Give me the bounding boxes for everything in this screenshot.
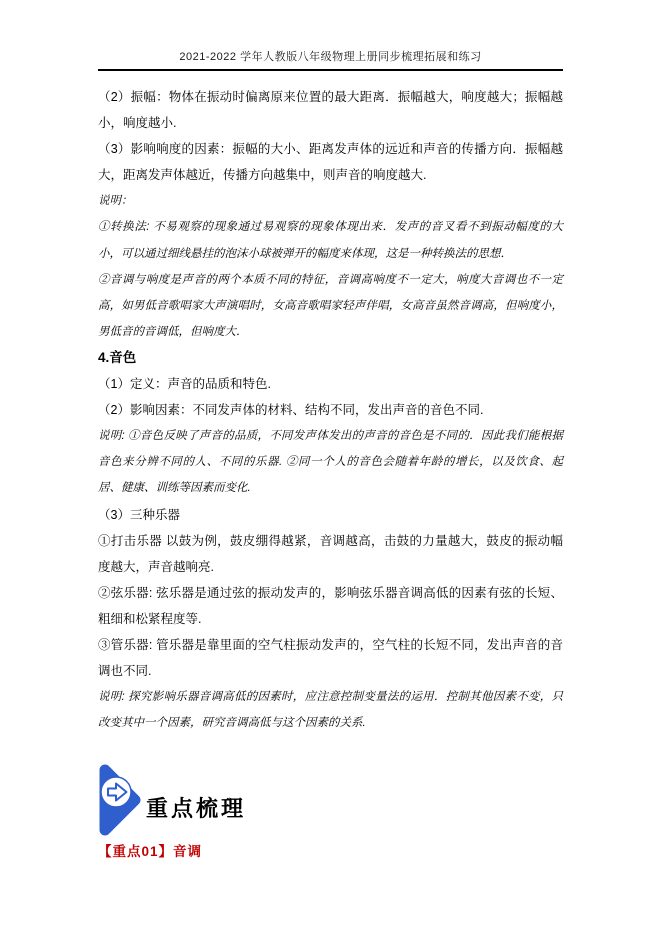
paragraph: （1）定义：声音的品质和特色.	[98, 371, 563, 397]
highlight-heading: 【重点01】音调	[98, 840, 202, 860]
document-page: 2021-2022 学年人教版八年级物理上册同步梳理拓展和练习 （2）振幅：物体…	[0, 0, 661, 935]
note-paragraph: ①转换法: 不易观察的现象通过易观察的现象体现出来．发声的音叉看不到振动幅度的大…	[98, 214, 563, 266]
paragraph: （2）影响因素：不同发声体的材料、结构不同，发出声音的音色不同.	[98, 397, 563, 423]
paragraph: （2）振幅：物体在振动时偏离原来位置的最大距离．振幅越大，响度越大；振幅越小，响…	[98, 84, 563, 136]
section-heading: 4.音色	[98, 345, 563, 371]
paragraph: ①打击乐器 以鼓为例，鼓皮绷得越紧，音调越高，击鼓的力量越大，鼓皮的振动幅度越大…	[98, 528, 563, 580]
paragraph: （3）三种乐器	[98, 502, 563, 528]
note-paragraph: ②音调与响度是声音的两个本质不同的特征，音调高响度不一定大，响度大音调也不一定高…	[98, 267, 563, 345]
paragraph: （3）影响响度的因素：振幅的大小、距离发声体的远近和声音的传播方向．振幅越大，距…	[98, 136, 563, 188]
page-header-title: 2021-2022 学年人教版八年级物理上册同步梳理拓展和练习	[98, 48, 563, 71]
note-paragraph: 说明: ①音色反映了声音的品质，不同发声体发出的声音的音色是不同的．因此我们能根…	[98, 423, 563, 501]
note-paragraph: 说明: 探究影响乐器音调高低的因素时，应注意控制变量法的运用．控制其他因素不变，…	[98, 684, 563, 736]
document-body: （2）振幅：物体在振动时偏离原来位置的最大距离．振幅越大，响度越大；振幅越小，响…	[98, 84, 563, 736]
play-arrow-icon	[97, 762, 143, 843]
paragraph: ②弦乐器: 弦乐器是通过弦的振动发声的，影响弦乐器音调高低的因素有弦的长短、粗细…	[98, 580, 563, 632]
note-paragraph: 说明：	[98, 188, 563, 214]
paragraph: ③管乐器: 管乐器是靠里面的空气柱振动发声的，空气柱的长短不同，发出声音的音调也…	[98, 632, 563, 684]
banner-label: 重点梳理	[146, 792, 246, 823]
